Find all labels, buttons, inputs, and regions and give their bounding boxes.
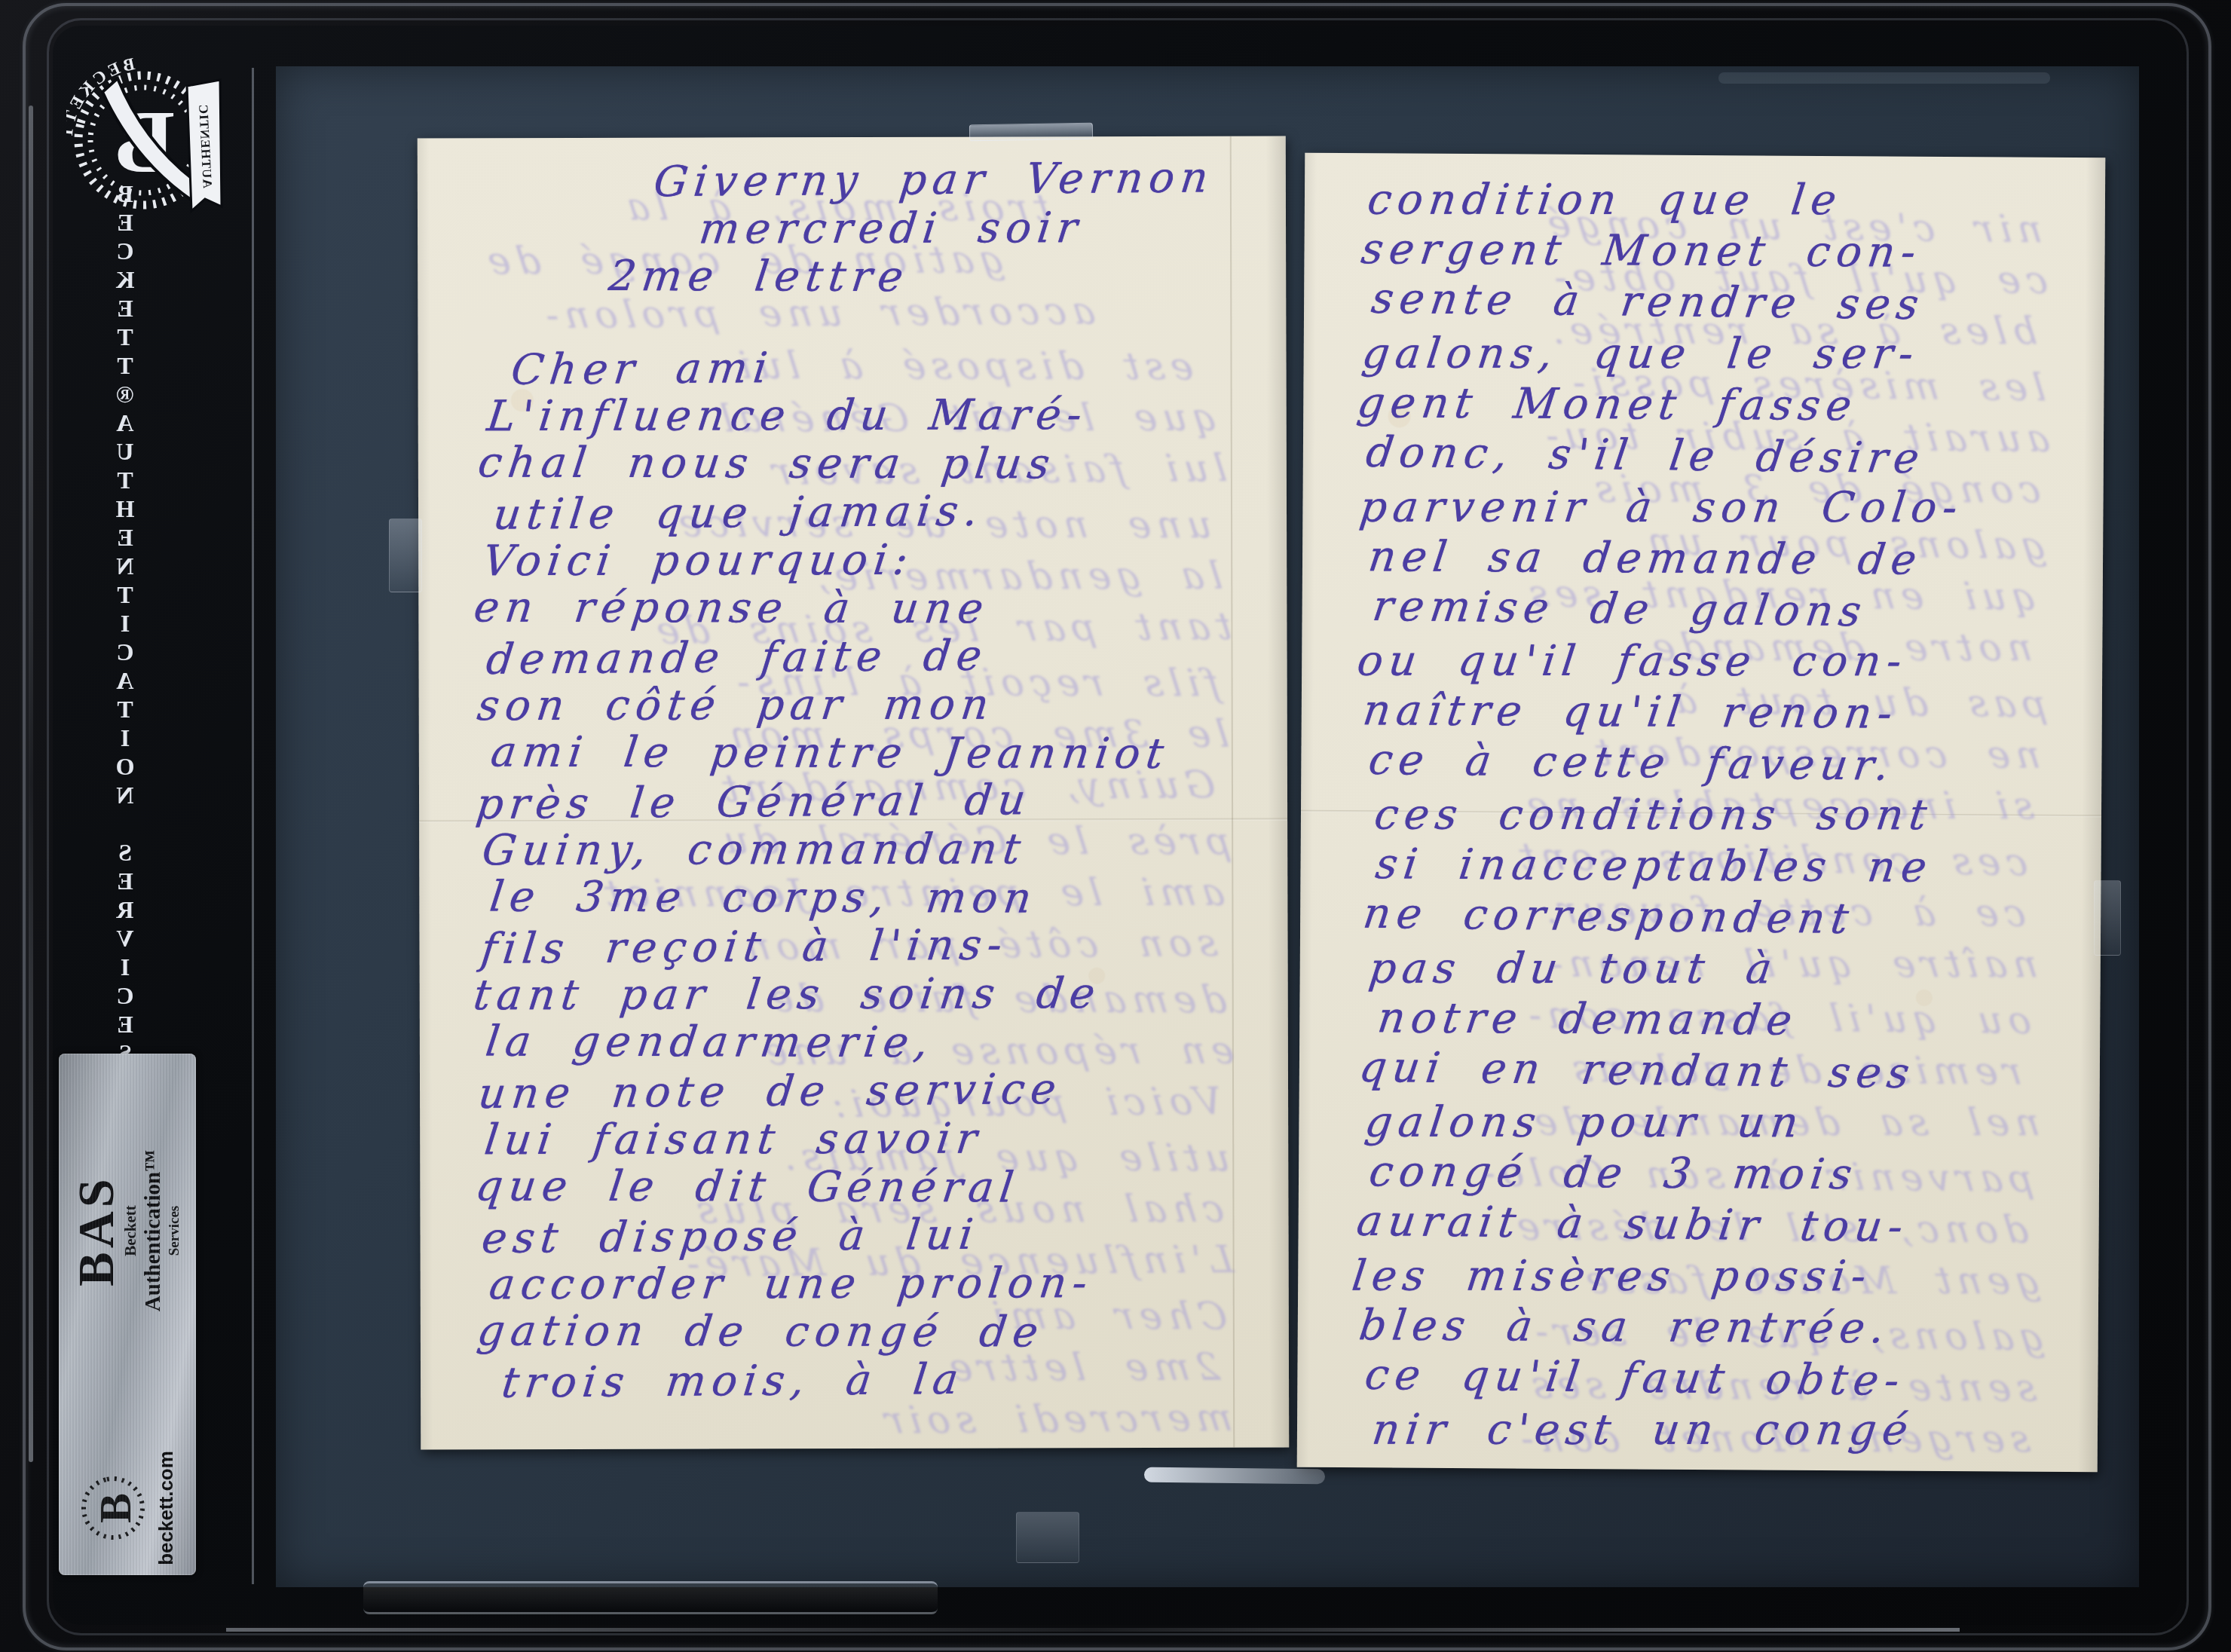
slabbed-letter-photo: B BECKETT AUTHENTIC BECKETT®AUTHENTICATI…	[0, 0, 2231, 1652]
mounting-tab	[2094, 880, 2121, 956]
rim-highlight	[226, 1628, 1960, 1632]
acrylic-rim-inner	[47, 18, 2189, 1635]
mounting-tab	[969, 123, 1093, 142]
mounting-tab	[389, 519, 422, 592]
reflection-streak	[1144, 1467, 1325, 1485]
rim-highlight	[29, 106, 33, 1462]
mounting-tab	[1016, 1512, 1079, 1563]
reflection-strip	[363, 1581, 938, 1614]
